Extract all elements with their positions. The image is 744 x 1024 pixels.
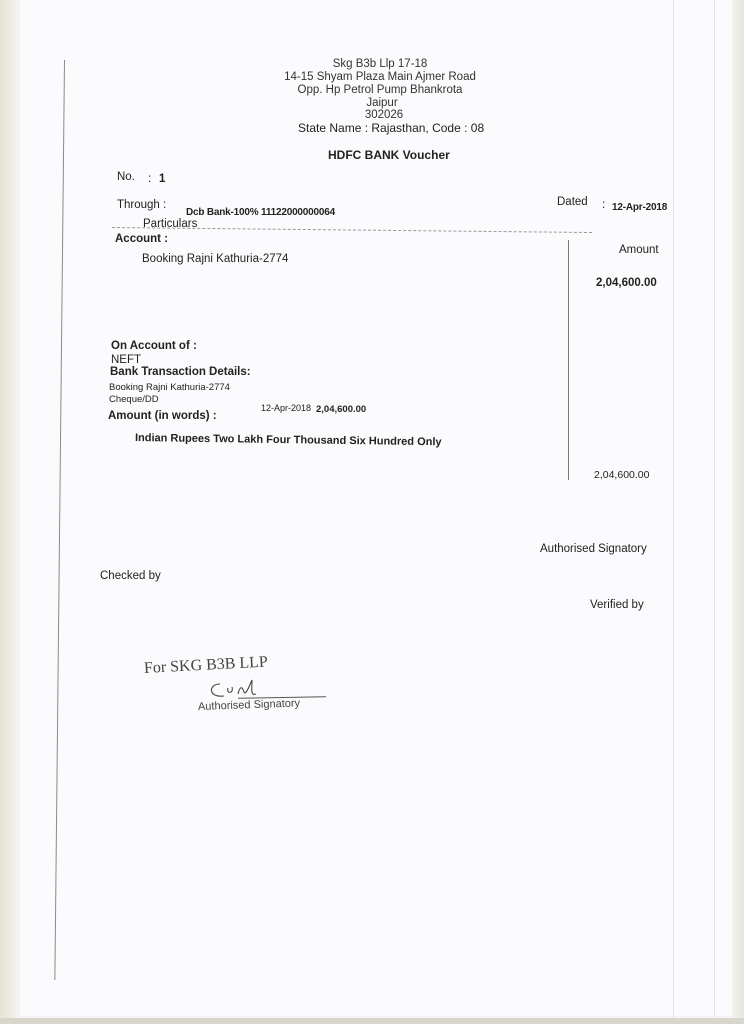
scan-left-edge bbox=[0, 0, 20, 1024]
voucher-total: 2,04,600.00 bbox=[594, 469, 649, 481]
voucher-no-value: 1 bbox=[159, 173, 165, 185]
particulars-header: Particulars bbox=[143, 218, 197, 230]
bank-details-amount: 2,04,600.00 bbox=[316, 404, 366, 415]
state-line: State Name : Rajasthan, Code : 08 bbox=[298, 121, 484, 135]
on-account-value: NEFT bbox=[111, 354, 141, 366]
dated-value: 12-Apr-2018 bbox=[612, 202, 667, 213]
bank-details-line1: Booking Rajni Kathuria-2774 bbox=[109, 382, 230, 393]
through-label: Through : bbox=[117, 199, 166, 211]
account-value: Booking Rajni Kathuria-2774 bbox=[142, 253, 288, 265]
company-name: Skg B3b Llp 17-18 bbox=[250, 58, 510, 71]
right-margin-rule bbox=[673, 0, 674, 1024]
company-address-line1: 14-15 Shyam Plaza Main Ajmer Road bbox=[250, 71, 510, 84]
verified-by-label: Verified by bbox=[590, 599, 644, 611]
company-address-line2: Opp. Hp Petrol Pump Bhankrota bbox=[250, 84, 510, 97]
bank-details-date: 12-Apr-2018 bbox=[261, 403, 311, 413]
state-label: State Name : bbox=[298, 121, 368, 135]
voucher-no-label: No. bbox=[117, 171, 135, 183]
on-account-label: On Account of : bbox=[111, 340, 197, 352]
voucher-no-sep: : bbox=[148, 173, 151, 185]
scan-right-edge bbox=[732, 0, 744, 1024]
voucher-title: HDFC BANK Voucher bbox=[328, 148, 450, 162]
account-amount: 2,04,600.00 bbox=[596, 277, 657, 289]
bank-details-line2: Cheque/DD bbox=[109, 394, 159, 405]
amount-column-divider bbox=[568, 240, 569, 480]
account-label: Account : bbox=[115, 233, 168, 245]
dated-label: Dated bbox=[557, 196, 588, 208]
authorised-signatory-label: Authorised Signatory bbox=[540, 543, 647, 555]
amount-words-label: Amount (in words) : bbox=[108, 410, 217, 422]
bank-details-label: Bank Transaction Details: bbox=[110, 366, 251, 378]
dated-sep: : bbox=[602, 199, 605, 211]
through-value: Dcb Bank-100% 11122000000064 bbox=[186, 207, 335, 218]
right-edge-rule bbox=[714, 0, 715, 1024]
state-value: Rajasthan, Code : 08 bbox=[371, 121, 484, 135]
amount-header: Amount bbox=[619, 244, 659, 256]
checked-by-label: Checked by bbox=[100, 570, 161, 582]
bottom-edge bbox=[0, 1018, 744, 1024]
